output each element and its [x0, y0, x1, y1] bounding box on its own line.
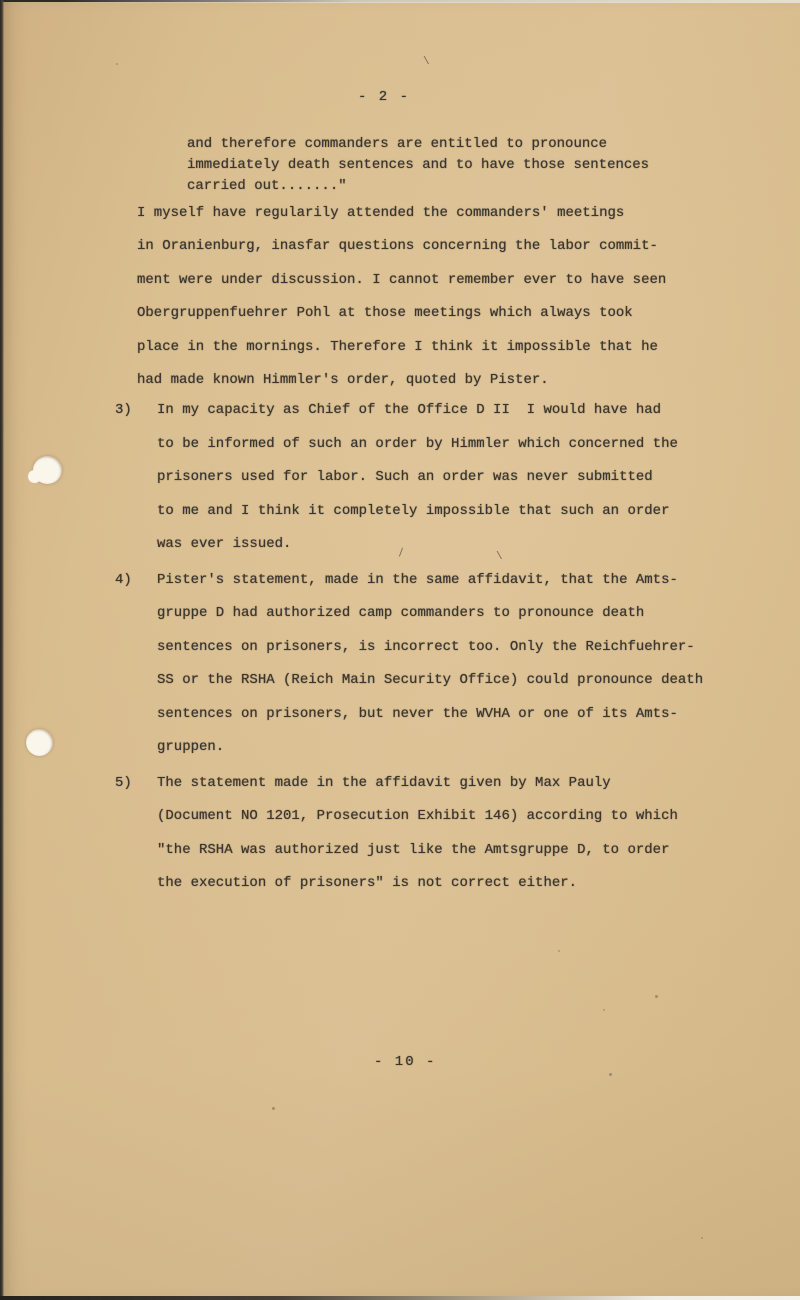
item-line: The statement made in the affidavit give… [157, 767, 678, 800]
paragraph-line: ment were under discussion. I cannot rem… [137, 264, 666, 297]
footer-page-number: - 10 - [374, 1052, 436, 1072]
header-page-number: - 2 - [358, 87, 410, 107]
quote-line: carried out......." [187, 176, 649, 197]
intro-paragraph: I myself have regularily attended the co… [137, 197, 666, 397]
item-number: 3) [115, 394, 132, 428]
paragraph-line: had made known Himmler's order, quoted b… [137, 364, 666, 397]
quote-line: and therefore commanders are entitled to… [187, 134, 649, 155]
item-line: to be informed of such an order by Himml… [157, 428, 678, 462]
list-item-3: 3) In my capacity as Chief of the Office… [157, 394, 678, 562]
scanned-paper-page: - 2 - and therefore commanders are entit… [2, 2, 800, 1297]
item-number: 5) [115, 767, 132, 800]
paper-speck [272, 1107, 275, 1110]
stray-mark: \ [423, 56, 430, 68]
quote-block: and therefore commanders are entitled to… [187, 134, 649, 197]
list-item-4: 4) Pister's statement, made in the same … [157, 564, 703, 764]
item-line: sentences on prisoners, is incorrect too… [157, 631, 703, 664]
paragraph-line: Obergruppenfuehrer Pohl at those meeting… [137, 297, 666, 330]
scan-edge-left [0, 0, 4, 1300]
item-line: In my capacity as Chief of the Office D … [157, 394, 678, 428]
paragraph-line: I myself have regularily attended the co… [137, 197, 666, 230]
paragraph-line: in Oranienburg, inasfar questions concer… [137, 230, 666, 263]
item-line: was ever issued. [157, 528, 678, 562]
item-line: (Document NO 1201, Prosecution Exhibit 1… [157, 800, 678, 833]
item-line: "the RSHA was authorized just like the A… [157, 834, 678, 867]
scan-edge-top [60, 0, 800, 3]
scan-edge-bottom [0, 1296, 800, 1300]
item-line: to me and I think it completely impossib… [157, 495, 678, 529]
punch-hole-top [33, 456, 62, 484]
paper-speck [609, 1073, 612, 1076]
paper-speck [701, 1237, 703, 1239]
stray-mark: \ [496, 551, 503, 563]
list-item-5: 5) The statement made in the affidavit g… [157, 767, 678, 901]
item-line: SS or the RSHA (Reich Main Security Offi… [157, 664, 703, 697]
item-line: gruppen. [157, 731, 703, 764]
paper-speck [558, 950, 560, 952]
item-line: gruppe D had authorized camp commanders … [157, 597, 703, 630]
paper-speck [603, 1009, 605, 1011]
paper-speck [655, 995, 658, 998]
item-line: sentences on prisoners, but never the WV… [157, 698, 703, 731]
item-line: Pister's statement, made in the same aff… [157, 564, 703, 597]
punch-hole-bottom [26, 729, 53, 756]
paragraph-line: place in the mornings. Therefore I think… [137, 331, 666, 364]
item-line: prisoners used for labor. Such an order … [157, 461, 678, 495]
paper-speck [116, 63, 118, 65]
item-number: 4) [115, 564, 132, 597]
item-line: the execution of prisoners" is not corre… [157, 867, 678, 900]
quote-line: immediately death sentences and to have … [187, 155, 649, 176]
